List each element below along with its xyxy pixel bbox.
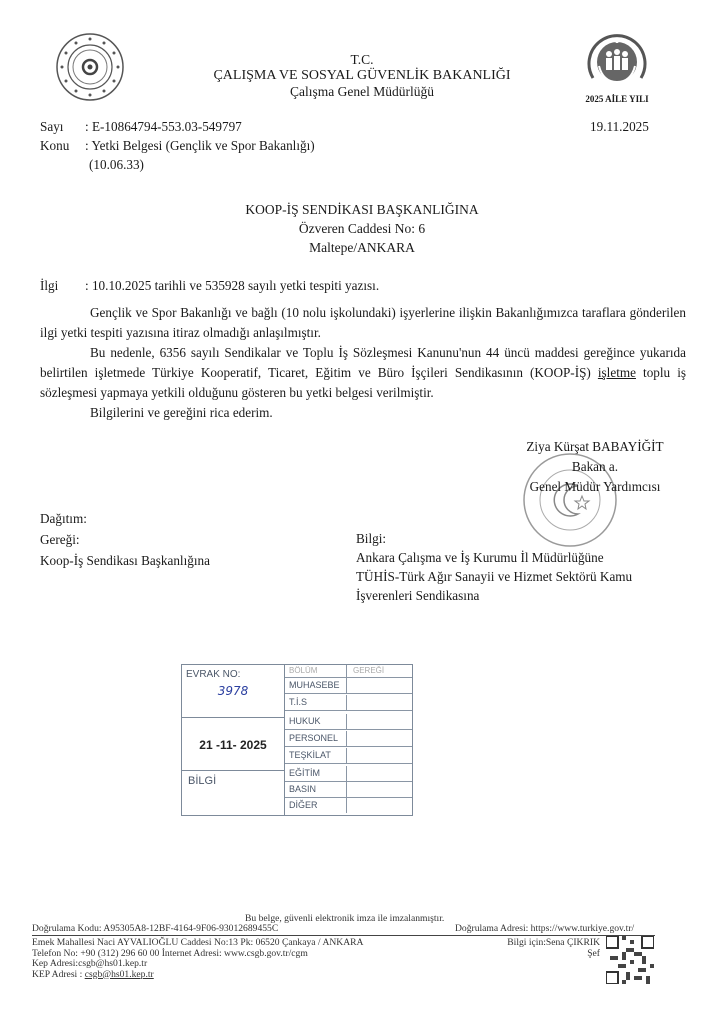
- received-stamp: EVRAK NO: 3978 21 -11- 2025 BİLGİ BÖLÜMG…: [181, 664, 413, 816]
- geregi-item: Koop-İş Sendikası Başkanlığına: [40, 550, 210, 571]
- underlined-word: işletme: [598, 365, 636, 380]
- konu-label: Konu: [40, 136, 85, 155]
- verification-code: Doğrulama Kodu: A95305A8-12BF-4164-9F06-…: [32, 924, 278, 935]
- qr-code-icon: [606, 936, 642, 972]
- dept-row: EĞİTİM: [285, 766, 347, 781]
- sayi-value: : E-10864794-553.03-549797: [85, 119, 242, 134]
- kep-link[interactable]: csgb@hs01.kep.tr: [85, 969, 154, 980]
- document-date: 19.11.2025: [590, 117, 649, 136]
- bilgi-item: TÜHİS-Türk Ağır Sanayii ve Hizmet Sektör…: [356, 567, 632, 586]
- sayi-label: Sayı: [40, 117, 85, 136]
- signatory-title: Genel Müdür Yardımcısı: [490, 477, 700, 497]
- dept-row: PERSONEL: [285, 731, 347, 746]
- stamp-date: 21 -11- 2025: [182, 738, 284, 752]
- body-paragraph-2: Bu nedenle, 6356 sayılı Sendikalar ve To…: [40, 343, 686, 403]
- bilgi-label: Bilgi:: [356, 529, 632, 548]
- dept-row: BASIN: [285, 782, 347, 797]
- dept-row: T.İ.S: [285, 695, 347, 710]
- bilgi-item: Ankara Çalışma ve İş Kurumu İl Müdürlüğü…: [356, 548, 632, 567]
- footer-divider: [32, 935, 655, 936]
- family-year-logo-icon: [585, 30, 649, 90]
- evrak-number: 3978: [182, 684, 284, 698]
- recipient-name: KOOP-İŞ SENDİKASI BAŞKANLIĞINA: [0, 200, 724, 219]
- signatory-on-behalf: Bakan a.: [490, 457, 700, 477]
- body-paragraph-1: Gençlik ve Spor Bakanlığı ve bağlı (10 n…: [40, 303, 686, 343]
- geregi-label: Gereği:: [40, 529, 210, 550]
- footer-kep-2: KEP Adresi : csgb@hs01.kep.tr: [32, 970, 363, 981]
- evrak-label: EVRAK NO:: [182, 665, 284, 680]
- recipient-street: Özveren Caddesi No: 6: [0, 219, 724, 238]
- verification-address[interactable]: Doğrulama Adresi: https://www.turkiye.go…: [455, 924, 634, 935]
- footer-address: Emek Mahallesi Naci AYVALIOĞLU Caddesi N…: [32, 938, 363, 949]
- dept-row: HUKUK: [285, 714, 347, 729]
- body-paragraph-3: Bilgilerini ve gereğini rica ederim.: [40, 403, 686, 423]
- signatory-name: Ziya Kürşat BABAYİĞİT: [490, 437, 700, 457]
- konu-code: (10.06.33): [89, 155, 144, 174]
- info-contact: Bilgi için:Sena ÇIKRIK: [480, 938, 600, 949]
- distribution-label: Dağıtım:: [40, 508, 210, 529]
- ilgi-value: : 10.10.2025 tarihli ve 535928 sayılı ye…: [85, 278, 379, 293]
- info-title: Şef: [480, 949, 600, 960]
- dept-row: DİĞER: [285, 798, 347, 813]
- konu-value: : Yetki Belgesi (Gençlik ve Spor Bakanlı…: [85, 138, 315, 153]
- recipient-city: Maltepe/ANKARA: [0, 238, 724, 257]
- bilgi-item: İşverenleri Sendikasına: [356, 586, 632, 605]
- dept-row: TEŞKİLAT: [285, 748, 347, 763]
- dept-row: MUHASEBE: [285, 678, 347, 693]
- ilgi-label: İlgi: [40, 276, 85, 295]
- family-year-caption: 2025 AİLE YILI: [572, 94, 662, 104]
- stamp-bilgi-label: BİLGİ: [188, 775, 216, 787]
